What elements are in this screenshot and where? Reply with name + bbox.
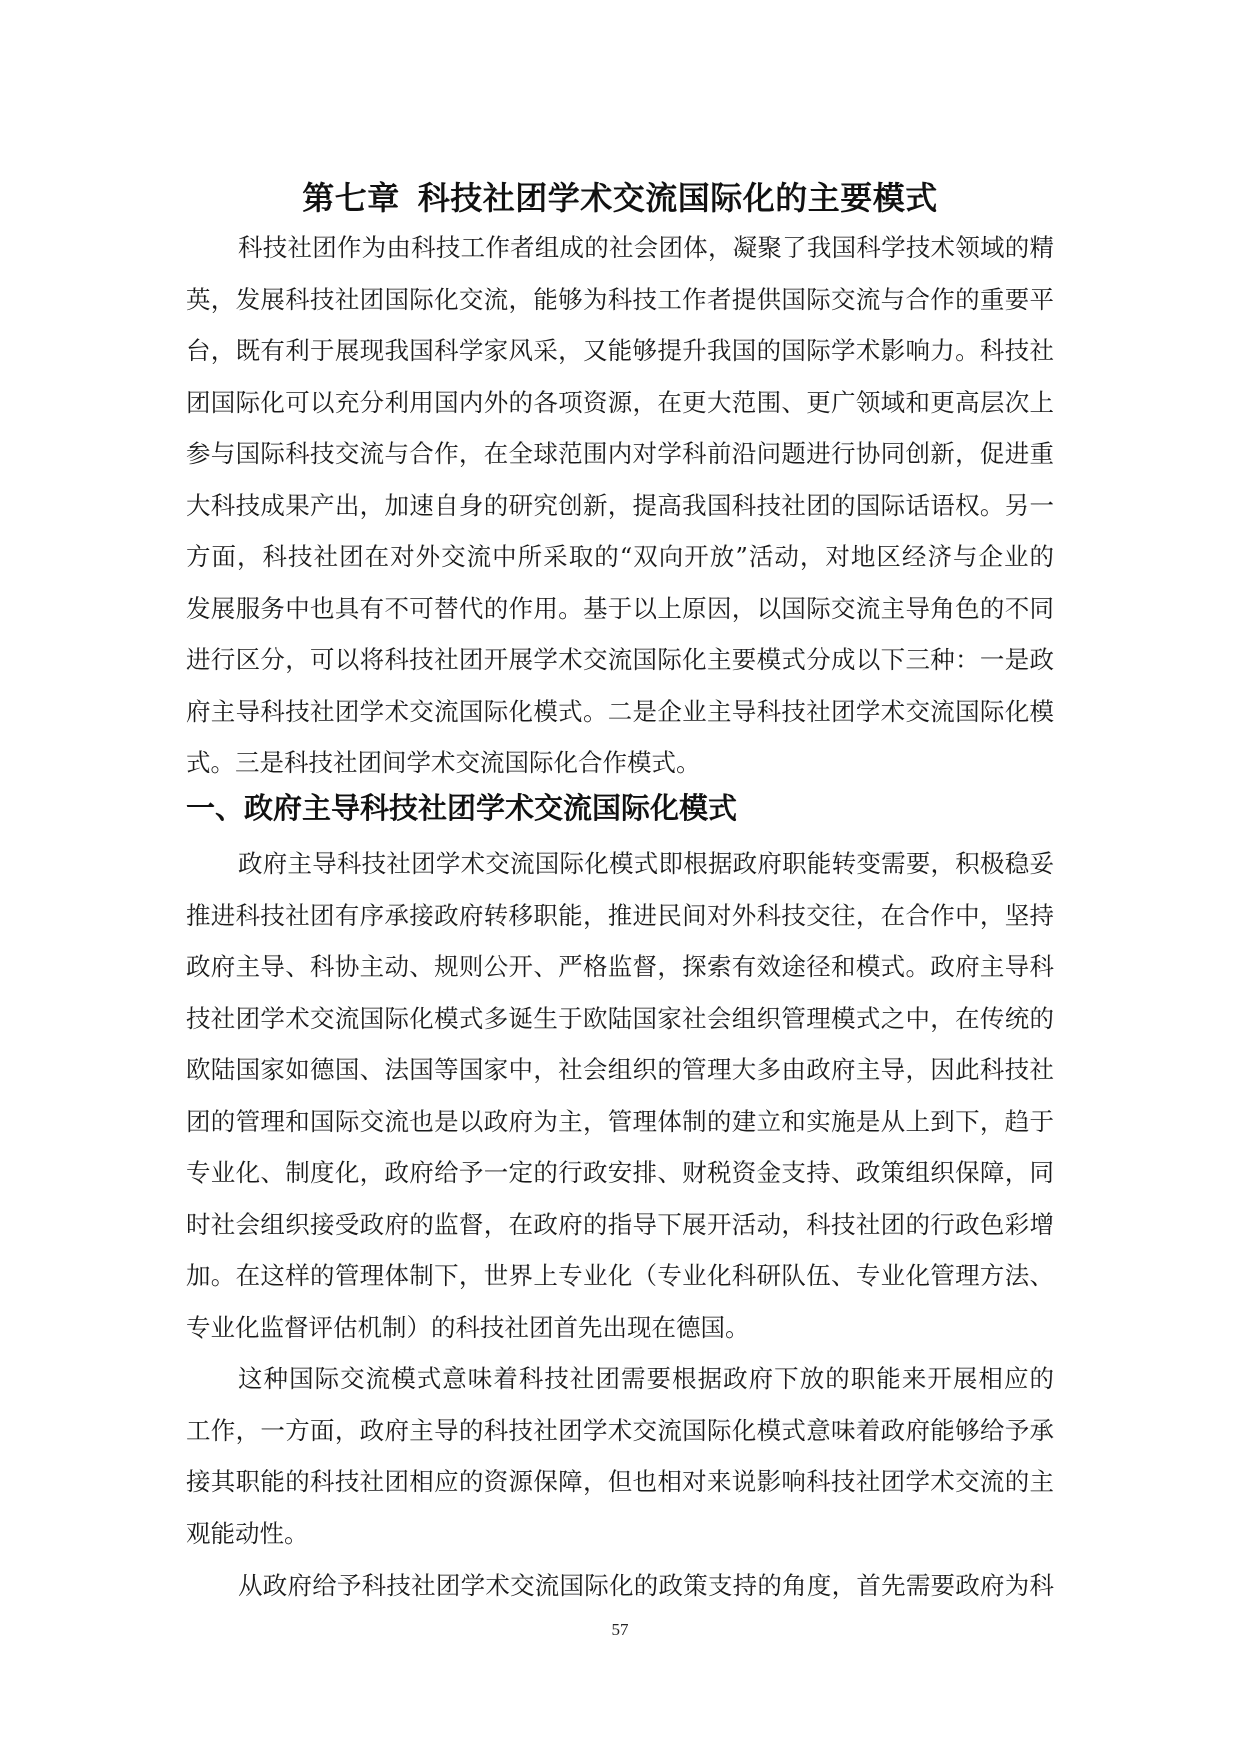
paragraph-line: 专业化、制度化，政府给予一定的行政安排、财税资金支持、政策组织保障，同	[186, 1147, 1054, 1199]
paragraph-line: 方面，科技社团在对外交流中所采取的“双向开放”活动，对地区经济与企业的	[186, 531, 1054, 583]
paragraph-line: 专业化监督评估机制）的科技社团首先出现在德国。	[186, 1302, 1054, 1354]
paragraph-line: 科技社团作为由科技工作者组成的社会团体，凝聚了我国科学技术领域的精	[186, 222, 1054, 274]
paragraph-line: 政府主导科技社团学术交流国际化模式即根据政府职能转变需要，积极稳妥	[186, 838, 1054, 890]
chapter-title: 第七章科技社团学术交流国际化的主要模式	[0, 178, 1240, 218]
paragraph-line: 式。三是科技社团间学术交流国际化合作模式。	[186, 737, 1054, 789]
paragraph-line: 从政府给予科技社团学术交流国际化的政策支持的角度，首先需要政府为科	[186, 1560, 1054, 1612]
section-1-paragraph-1: 政府主导科技社团学术交流国际化模式即根据政府职能转变需要，积极稳妥 推进科技社团…	[186, 838, 1054, 1353]
paragraph-line: 参与国际科技交流与合作，在全球范围内对学科前沿问题进行协同创新，促进重	[186, 428, 1054, 480]
intro-paragraph: 科技社团作为由科技工作者组成的社会团体，凝聚了我国科学技术领域的精 英，发展科技…	[186, 222, 1054, 789]
document-page: 第七章科技社团学术交流国际化的主要模式 科技社团作为由科技工作者组成的社会团体，…	[0, 0, 1240, 1753]
paragraph-line: 团的管理和国际交流也是以政府为主，管理体制的建立和实施是从上到下，趋于	[186, 1096, 1054, 1148]
paragraph-line: 加。在这样的管理体制下，世界上专业化（专业化科研队伍、专业化管理方法、	[186, 1250, 1054, 1302]
paragraph-line: 技社团学术交流国际化模式多诞生于欧陆国家社会组织管理模式之中，在传统的	[186, 993, 1054, 1045]
page-number: 57	[0, 1620, 1240, 1640]
paragraph-line: 府主导科技社团学术交流国际化模式。二是企业主导科技社团学术交流国际化模	[186, 686, 1054, 738]
paragraph-line: 时社会组织接受政府的监督，在政府的指导下展开活动，科技社团的行政色彩增	[186, 1199, 1054, 1251]
section-1-paragraph-2: 这种国际交流模式意味着科技社团需要根据政府下放的职能来开展相应的 工作，一方面，…	[186, 1353, 1054, 1559]
chapter-title-text: 科技社团学术交流国际化的主要模式	[418, 179, 938, 217]
paragraph-line: 团国际化可以充分利用国内外的各项资源，在更大范围、更广领域和更高层次上	[186, 377, 1054, 429]
paragraph-line: 进行区分，可以将科技社团开展学术交流国际化主要模式分成以下三种：一是政	[186, 634, 1054, 686]
paragraph-line: 接其职能的科技社团相应的资源保障，但也相对来说影响科技社团学术交流的主	[186, 1456, 1054, 1508]
paragraph-line: 英，发展科技社团国际化交流，能够为科技工作者提供国际交流与合作的重要平	[186, 274, 1054, 326]
paragraph-line: 工作，一方面，政府主导的科技社团学术交流国际化模式意味着政府能够给予承	[186, 1405, 1054, 1457]
paragraph-line: 发展服务中也具有不可替代的作用。基于以上原因，以国际交流主导角色的不同	[186, 583, 1054, 635]
paragraph-line: 观能动性。	[186, 1508, 1054, 1560]
paragraph-line: 台，既有利于展现我国科学家风采，又能够提升我国的国际学术影响力。科技社	[186, 325, 1054, 377]
section-heading: 一、政府主导科技社团学术交流国际化模式	[186, 788, 737, 828]
paragraph-line: 推进科技社团有序承接政府转移职能，推进民间对外科技交往，在合作中，坚持	[186, 890, 1054, 942]
section-1-paragraph-3: 从政府给予科技社团学术交流国际化的政策支持的角度，首先需要政府为科	[186, 1560, 1054, 1612]
paragraph-line: 政府主导、科协主动、规则公开、严格监督，探索有效途径和模式。政府主导科	[186, 941, 1054, 993]
paragraph-line: 欧陆国家如德国、法国等国家中，社会组织的管理大多由政府主导，因此科技社	[186, 1044, 1054, 1096]
paragraph-line: 这种国际交流模式意味着科技社团需要根据政府下放的职能来开展相应的	[186, 1353, 1054, 1405]
chapter-number: 第七章	[302, 179, 400, 217]
paragraph-line: 大科技成果产出，加速自身的研究创新，提高我国科技社团的国际话语权。另一	[186, 480, 1054, 532]
